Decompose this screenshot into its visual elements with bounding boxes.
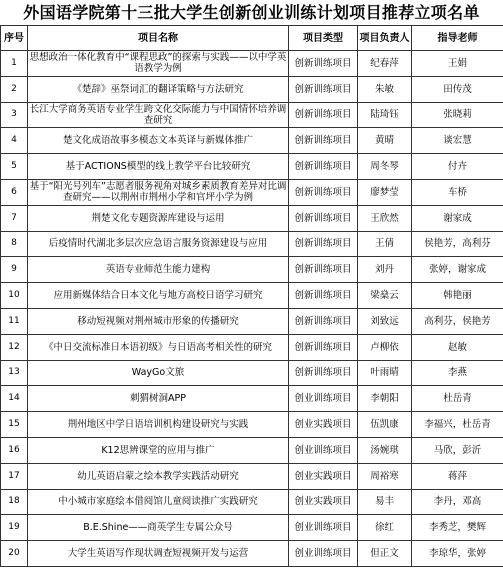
project-leader: 刘丹 <box>358 257 412 283</box>
project-leader: 汤婉琪 <box>358 437 412 463</box>
project-type: 创新训练项目 <box>289 51 358 77</box>
advisor: 李燕 <box>412 360 503 386</box>
header-project-type: 项目类型 <box>289 26 358 51</box>
row-number: 19 <box>1 515 28 541</box>
project-type: 创新训练项目 <box>289 283 358 309</box>
table-row: 3长江大学商务英语专业学生跨文化交际能力与中国情怀培养调查研究创新训练项目陆琦钰… <box>1 102 503 128</box>
project-name: 后疫情时代湖北多层次应急语言服务资源建设与应用 <box>28 231 289 257</box>
project-name: WayGo文旅 <box>28 360 289 386</box>
advisor: 张婷，谢家成 <box>412 257 503 283</box>
project-type: 创业实践项目 <box>289 463 358 489</box>
project-type: 创新训练项目 <box>289 154 358 180</box>
row-number: 13 <box>1 360 28 386</box>
table-row: 18中小城市家庭绘本借阅馆儿童阅读推广实践研究创业实践项目易丰李丹，邓高 <box>1 489 503 515</box>
advisor: 赵敏 <box>412 334 503 360</box>
table-row: 6基于“阳光号列车”志愿者服务视角对城乡素质教育差异对比调查研究——以荆州市荆州… <box>1 179 503 205</box>
project-type: 创业训练项目 <box>289 386 358 412</box>
row-number: 18 <box>1 489 28 515</box>
project-name: 《楚辞》巫祭词汇的翻译策略与方法研究 <box>28 76 289 102</box>
table-row: 4楚文化成语故事多模态文本英译与新媒体推广创新训练项目黄晴谈宏慧 <box>1 128 503 154</box>
project-leader: 周冬琴 <box>358 154 412 180</box>
project-type: 创新训练项目 <box>289 334 358 360</box>
table-row: 10应用新媒体结合日本文化与地方高校日语学习研究创新训练项目梁燊云韩艳丽 <box>1 283 503 309</box>
project-type: 创业训练项目 <box>289 437 358 463</box>
table-row: 16K12思辨课堂的应用与推广创业训练项目汤婉琪马欣，彭沂 <box>1 437 503 463</box>
advisor: 车桥 <box>412 179 503 205</box>
row-number: 11 <box>1 308 28 334</box>
advisor: 谢家成 <box>412 205 503 231</box>
project-name: 长江大学商务英语专业学生跨文化交际能力与中国情怀培养调查研究 <box>28 102 289 128</box>
table-row: 13WayGo文旅创新训练项目叶雨晴李燕 <box>1 360 503 386</box>
advisor: 侯艳芳，高利芬 <box>412 231 503 257</box>
table-row: 19B.E.Shine——商英学生专属公众号创业训练项目徐红李秀芝，樊辉 <box>1 515 503 541</box>
table-row: 5基于ACTIONS模型的线上教学平台比较研究创新训练项目周冬琴付卉 <box>1 154 503 180</box>
project-name: 《中日交流标准日本语初级》与日语高考相关性的研究 <box>28 334 289 360</box>
project-type: 创新训练项目 <box>289 231 358 257</box>
project-type: 创业训练项目 <box>289 515 358 541</box>
row-number: 1 <box>1 51 28 77</box>
project-type: 创新训练项目 <box>289 308 358 334</box>
project-leader: 王欣然 <box>358 205 412 231</box>
advisor: 李福兴，杜岳青 <box>412 412 503 438</box>
row-number: 15 <box>1 412 28 438</box>
table-row: 1思想政治一体化教育中“课程思政”的探索与实践——以中学英语教学为例创新训练项目… <box>1 51 503 77</box>
project-name: B.E.Shine——商英学生专属公众号 <box>28 515 289 541</box>
header-project-leader: 项目负责人 <box>358 26 412 51</box>
project-type: 创新训练项目 <box>289 76 358 102</box>
header-advisor: 指导老师 <box>412 26 503 51</box>
advisor: 李秀芝，樊辉 <box>412 515 503 541</box>
advisor: 李丹，邓高 <box>412 489 503 515</box>
table-row: 15荆州地区中学日语培训机构建设研究与实践创业实践项目伍凯康李福兴，杜岳青 <box>1 412 503 438</box>
advisor: 谈宏慧 <box>412 128 503 154</box>
project-leader: 黄晴 <box>358 128 412 154</box>
project-name: 基于“阳光号列车”志愿者服务视角对城乡素质教育差异对比调查研究——以荆州市荆州小… <box>28 179 289 205</box>
project-leader: 但正文 <box>358 541 412 567</box>
project-leader: 朱敏 <box>358 76 412 102</box>
project-table: 序号 项目名称 项目类型 项目负责人 指导老师 1思想政治一体化教育中“课程思政… <box>0 25 503 567</box>
project-leader: 廖梦莹 <box>358 179 412 205</box>
project-type: 创业实践项目 <box>289 412 358 438</box>
project-name: 荆州地区中学日语培训机构建设研究与实践 <box>28 412 289 438</box>
row-number: 3 <box>1 102 28 128</box>
project-type: 创新训练项目 <box>289 128 358 154</box>
project-leader: 伍凯康 <box>358 412 412 438</box>
project-name: 荆楚文化专题资源库建设与运用 <box>28 205 289 231</box>
project-name: 思想政治一体化教育中“课程思政”的探索与实践——以中学英语教学为例 <box>28 51 289 77</box>
project-leader: 叶雨晴 <box>358 360 412 386</box>
advisor: 杜岳青 <box>412 386 503 412</box>
row-number: 14 <box>1 386 28 412</box>
advisor: 韩艳丽 <box>412 283 503 309</box>
row-number: 10 <box>1 283 28 309</box>
table-row: 9英语专业师范生能力建构创新训练项目刘丹张婷，谢家成 <box>1 257 503 283</box>
row-number: 17 <box>1 463 28 489</box>
advisor: 付卉 <box>412 154 503 180</box>
document-title: 外国语学院第十三批大学生创新创业训练计划项目推荐立项名单 <box>0 0 503 25</box>
header-number: 序号 <box>1 26 28 51</box>
row-number: 7 <box>1 205 28 231</box>
header-project-name: 项目名称 <box>28 26 289 51</box>
project-name: 应用新媒体结合日本文化与地方高校日语学习研究 <box>28 283 289 309</box>
project-name: 移动短视频对荆州城市形象的传播研究 <box>28 308 289 334</box>
table-row: 20大学生英语写作现状调查短视频开发与运营创业训练项目但正文李琼华，张婷 <box>1 541 503 567</box>
project-leader: 徐红 <box>358 515 412 541</box>
row-number: 9 <box>1 257 28 283</box>
advisor: 李琼华，张婷 <box>412 541 503 567</box>
table-row: 7荆楚文化专题资源库建设与运用创新训练项目王欣然谢家成 <box>1 205 503 231</box>
project-type: 创新训练项目 <box>289 257 358 283</box>
project-name: 刺猬树洞APP <box>28 386 289 412</box>
table-row: 17幼儿英语启蒙之绘本教学实践活动研究创业实践项目周裕寒蒋萍 <box>1 463 503 489</box>
project-type: 创新训练项目 <box>289 205 358 231</box>
project-name: 基于ACTIONS模型的线上教学平台比较研究 <box>28 154 289 180</box>
project-name: 大学生英语写作现状调查短视频开发与运营 <box>28 541 289 567</box>
project-name: 幼儿英语启蒙之绘本教学实践活动研究 <box>28 463 289 489</box>
table-row: 2《楚辞》巫祭词汇的翻译策略与方法研究创新训练项目朱敏田传茂 <box>1 76 503 102</box>
row-number: 8 <box>1 231 28 257</box>
project-leader: 周裕寒 <box>358 463 412 489</box>
project-leader: 梁燊云 <box>358 283 412 309</box>
project-name: 楚文化成语故事多模态文本英译与新媒体推广 <box>28 128 289 154</box>
advisor: 王娟 <box>412 51 503 77</box>
project-name: 中小城市家庭绘本借阅馆儿童阅读推广实践研究 <box>28 489 289 515</box>
project-name: 英语专业师范生能力建构 <box>28 257 289 283</box>
project-leader: 刘致远 <box>358 308 412 334</box>
project-type: 创业训练项目 <box>289 541 358 567</box>
advisor: 高利芬，侯艳芳 <box>412 308 503 334</box>
project-name: K12思辨课堂的应用与推广 <box>28 437 289 463</box>
project-leader: 陆琦钰 <box>358 102 412 128</box>
row-number: 6 <box>1 179 28 205</box>
row-number: 16 <box>1 437 28 463</box>
project-leader: 易丰 <box>358 489 412 515</box>
project-type: 创新训练项目 <box>289 360 358 386</box>
row-number: 12 <box>1 334 28 360</box>
project-leader: 卢柳依 <box>358 334 412 360</box>
table-row: 14刺猬树洞APP创业训练项目李朝阳杜岳青 <box>1 386 503 412</box>
advisor: 蒋萍 <box>412 463 503 489</box>
advisor: 田传茂 <box>412 76 503 102</box>
table-row: 11移动短视频对荆州城市形象的传播研究创新训练项目刘致远高利芬，侯艳芳 <box>1 308 503 334</box>
row-number: 2 <box>1 76 28 102</box>
project-leader: 纪春萍 <box>358 51 412 77</box>
project-type: 创新训练项目 <box>289 102 358 128</box>
row-number: 20 <box>1 541 28 567</box>
project-leader: 王倩 <box>358 231 412 257</box>
advisor: 张晓莉 <box>412 102 503 128</box>
advisor: 马欣，彭沂 <box>412 437 503 463</box>
table-header-row: 序号 项目名称 项目类型 项目负责人 指导老师 <box>1 26 503 51</box>
table-body: 1思想政治一体化教育中“课程思政”的探索与实践——以中学英语教学为例创新训练项目… <box>1 51 503 567</box>
project-leader: 李朝阳 <box>358 386 412 412</box>
project-type: 创业实践项目 <box>289 489 358 515</box>
row-number: 4 <box>1 128 28 154</box>
row-number: 5 <box>1 154 28 180</box>
table-row: 8后疫情时代湖北多层次应急语言服务资源建设与应用创新训练项目王倩侯艳芳，高利芬 <box>1 231 503 257</box>
project-type: 创新训练项目 <box>289 179 358 205</box>
table-row: 12《中日交流标准日本语初级》与日语高考相关性的研究创新训练项目卢柳依赵敏 <box>1 334 503 360</box>
